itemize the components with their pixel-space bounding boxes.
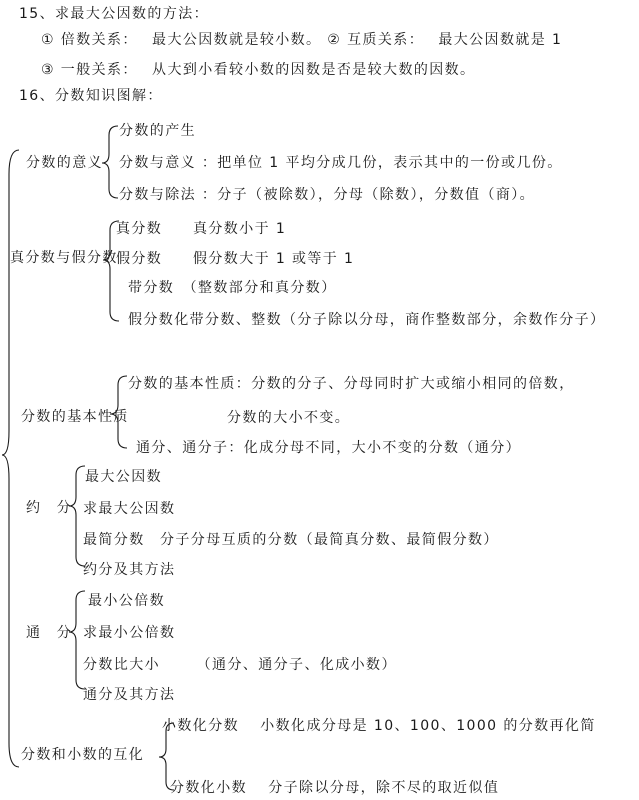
- brace-layer: [0, 0, 639, 800]
- basic-property-label: 分数的基本性质: [21, 409, 129, 426]
- item16-title: 16、分数知识图解：: [19, 88, 163, 105]
- reduction-label: 约 分: [26, 500, 72, 517]
- reduction-item-4: 约分及其方法: [83, 562, 175, 579]
- common-denominator-item-2: 求最小公倍数: [83, 625, 175, 642]
- meaning-item-3: 分数与除法 ：分子（被除数），分母（除数），分数值（商）。: [119, 187, 535, 204]
- basic-property-item-3: 通分、通分子：化成分母不同，大小不变的分数（通分）: [136, 440, 521, 457]
- proper-improper-item-4: 假分数化带分数、整数（分子除以分母，商作整数部分，余数作分子）: [128, 312, 605, 329]
- meaning-item-1: 分数的产生: [119, 123, 196, 140]
- meaning-item-2: 分数与意义 ：把单位 1 平均分成几份，表示其中的一份或几份。: [119, 155, 563, 172]
- reduction-item-1: 最大公因数: [85, 469, 162, 486]
- common-denominator-item-4: 通分及其方法: [83, 687, 175, 704]
- conversion-item-1: 小数化分数 小数化成分母是 10、100、1000 的分数再化简: [162, 718, 596, 735]
- notes-page: 15、求最大公因数的方法： ① 倍数关系： 最大公因数就是较小数。 ② 互质关系…: [0, 0, 639, 800]
- item15-point2: ③ 一般关系： 从大到小看较小数的因数是否是较大数的因数。: [41, 62, 475, 79]
- basic-property-item-1: 分数的基本性质：分数的分子、分母同时扩大或缩小相同的倍数，: [128, 376, 575, 393]
- proper-improper-label: 真分数与假分数: [10, 250, 118, 267]
- proper-improper-item-3: 带分数 （整数部分和真分数）: [128, 280, 337, 297]
- proper-improper-item-2: 假分数 假分数大于 1 或等于 1: [116, 251, 354, 268]
- proper-improper-item-1: 真分数 真分数小于 1: [116, 221, 286, 238]
- reduction-item-3: 最简分数 分子分母互质的分数（最简真分数、最简假分数）: [83, 532, 499, 549]
- common-denominator-item-1: 最小公倍数: [88, 593, 165, 610]
- common-denominator-label: 通 分: [26, 625, 72, 642]
- item15-point1: ① 倍数关系： 最大公因数就是较小数。 ② 互质关系： 最大公因数就是 1: [41, 32, 562, 49]
- meaning-brace: [102, 126, 118, 198]
- meaning-label: 分数的意义: [26, 155, 103, 172]
- basic-property-item-2: 分数的大小不变。: [227, 410, 350, 427]
- item15-title: 15、求最大公因数的方法：: [19, 6, 209, 23]
- main-brace: [2, 150, 19, 767]
- conversion-label: 分数和小数的互化: [21, 747, 144, 764]
- reduction-item-2: 求最大公因数: [83, 501, 175, 518]
- conversion-item-2: 分数化小数 分子除以分母，除不尽的取近似值: [170, 780, 499, 797]
- common-denominator-item-3: 分数比大小 （通分、通分子、化成小数）: [83, 657, 397, 674]
